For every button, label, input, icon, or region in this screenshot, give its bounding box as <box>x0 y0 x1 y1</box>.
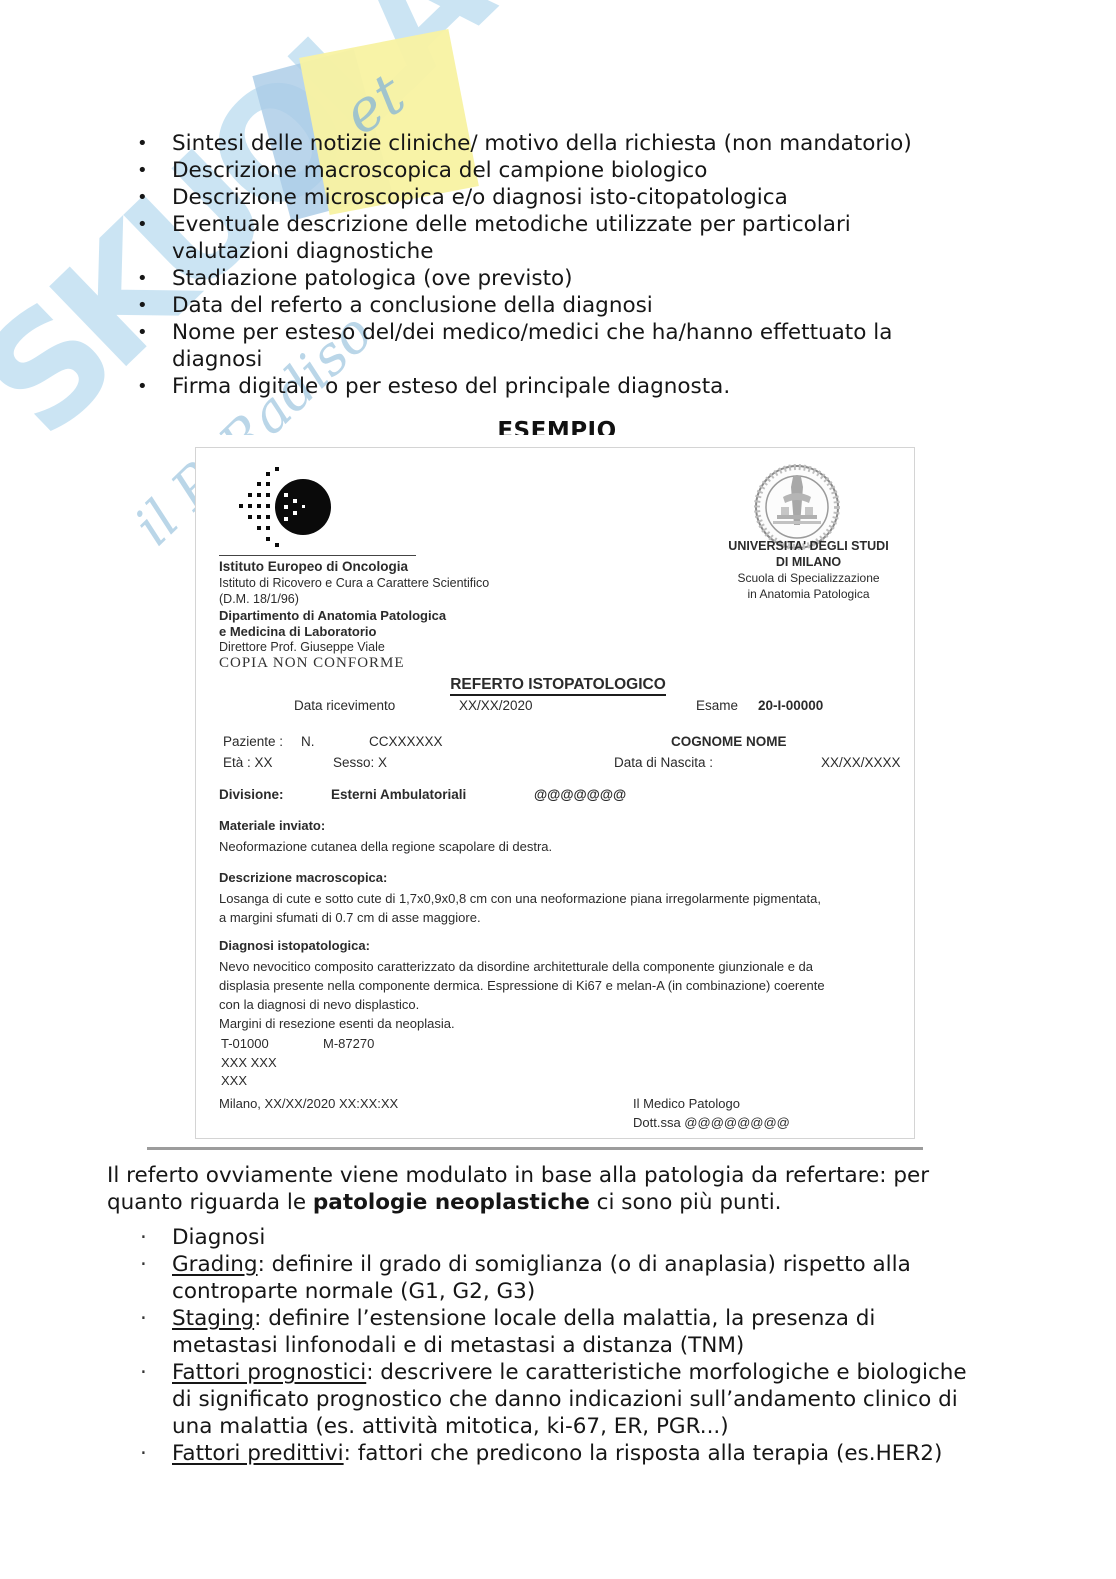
received-value: XX/XX/2020 <box>459 698 533 713</box>
item-text: Stadiazione patologica (ove previsto) <box>172 265 1037 292</box>
text-line: a margini sfumati di 0.7 cm di asse magg… <box>219 908 821 927</box>
bullet-list-item: •Data del referto a conclusione della di… <box>137 292 1037 319</box>
patient-age: Età : XX <box>223 755 273 770</box>
section-label: Descrizione macroscopica: <box>219 870 387 885</box>
bullet-list-item: •Stadiazione patologica (ove previsto) <box>137 265 1037 292</box>
item-line: di significato prognostico che danno ind… <box>172 1386 1047 1413</box>
patient-name: COGNOME NOME <box>671 734 787 749</box>
section-label: Materiale inviato: <box>219 818 325 833</box>
text-line: con la diagnosi di nevo displastico. <box>219 995 825 1014</box>
code-x2: XXX <box>221 1073 247 1088</box>
item-line: valutazioni diagnostiche <box>172 238 1037 265</box>
university-line3: Scuola di Specializzazione <box>716 570 901 586</box>
dotted-list-item: ·Staging: definire l’estensione locale d… <box>107 1305 1047 1359</box>
university-line1: UNIVERSITA' DEGLI STUDI <box>716 538 901 554</box>
item-line: Grading: definire il grado di somiglianz… <box>172 1251 1047 1278</box>
item-rest: : fattori che predicono la risposta alla… <box>344 1441 943 1466</box>
item-lead: Fattori predittivi <box>172 1441 344 1466</box>
director-line: Direttore Prof. Giuseppe Viale <box>219 640 385 654</box>
item-line: Fattori prognostici: descrivere le carat… <box>172 1359 1047 1386</box>
division-code: @@@@@@@ <box>534 787 626 802</box>
item-text: Firma digitale o per esteso del principa… <box>172 373 1037 400</box>
bullet-list-item: •Nome per esteso del/dei medico/medici c… <box>137 319 1037 373</box>
bullet-list-item: •Eventuale descrizione delle metodiche u… <box>137 211 1037 265</box>
item-rest: : definire l’estensione locale della mal… <box>254 1306 875 1331</box>
text-line: Margini di resezione esenti da neoplasia… <box>219 1014 825 1033</box>
image-bottom-divider <box>147 1147 923 1150</box>
item-rest: : descrivere le caratteristiche morfolog… <box>366 1360 966 1385</box>
dotted-list-item: ·Grading: definire il grado di somiglian… <box>107 1251 1047 1305</box>
dot-icon: · <box>140 1359 172 1440</box>
text-line: Nevo nevocitico composito caratterizzato… <box>219 957 825 976</box>
item-line: diagnosi <box>172 346 1037 373</box>
document-page: SKUOLA et il PaRadiso •Sintesi delle not… <box>0 0 1116 1579</box>
exam-label: Esame <box>696 698 738 713</box>
histopathology-report-image: Istituto Europeo di Oncologia Istituto d… <box>195 447 915 1139</box>
section-body: Nevo nevocitico composito caratterizzato… <box>219 957 825 1033</box>
report-title: REFERTO ISTOPATOLOGICO <box>450 676 666 696</box>
bullet-list-item: •Firma digitale o per esteso del princip… <box>137 373 1037 400</box>
bullet-icon: • <box>137 130 172 157</box>
division-value: Esterni Ambulatoriali <box>331 787 466 802</box>
item-line: Sintesi delle notizie cliniche/ motivo d… <box>172 130 1037 157</box>
item-line: Staging: definire l’estensione locale de… <box>172 1305 1047 1332</box>
item-lead: Diagnosi <box>172 1225 265 1250</box>
patient-label: Paziente : <box>223 734 283 749</box>
dot-icon: · <box>140 1251 172 1305</box>
dotted-list-item: ·Fattori predittivi: fattori che predico… <box>107 1440 1047 1467</box>
birth-value: XX/XX/XXXX <box>821 755 901 770</box>
closing-paragraph-line: quanto riguarda le patologie neoplastich… <box>107 1189 1047 1216</box>
text-line: displasia presente nella componente derm… <box>219 976 825 995</box>
code-m: M-87270 <box>323 1036 374 1051</box>
item-line: Stadiazione patologica (ove previsto) <box>172 265 1037 292</box>
section-label: Diagnosi istopatologica: <box>219 938 370 953</box>
item-text: Staging: definire l’estensione locale de… <box>172 1305 1047 1359</box>
dotted-list-item: ·Diagnosi <box>107 1224 1047 1251</box>
dotted-list-item: ·Fattori prognostici: descrivere le cara… <box>107 1359 1047 1440</box>
received-label: Data ricevimento <box>294 698 395 713</box>
text-segment: quanto riguarda le <box>107 1190 313 1215</box>
bullet-icon: • <box>137 265 172 292</box>
bullet-icon: • <box>137 157 172 184</box>
item-text: Nome per esteso del/dei medico/medici ch… <box>172 319 1037 373</box>
item-line: Firma digitale o per esteso del principa… <box>172 373 1037 400</box>
item-lead: Fattori prognostici <box>172 1360 366 1385</box>
division-label: Divisione: <box>219 787 284 802</box>
item-text: Eventuale descrizione delle metodiche ut… <box>172 211 1037 265</box>
item-text: Diagnosi <box>172 1224 1047 1251</box>
item-rest: : definire il grado di somiglianza (o di… <box>258 1252 911 1277</box>
item-line: Descrizione macroscopica del campione bi… <box>172 157 1037 184</box>
copy-notice: COPIA NON CONFORME <box>219 655 405 672</box>
dot-icon: · <box>140 1224 172 1251</box>
patient-code: CCXXXXXX <box>369 734 443 749</box>
item-lead: Staging <box>172 1306 254 1331</box>
signer-role: Il Medico Patologo <box>633 1096 740 1111</box>
ieo-logo-icon <box>237 467 339 551</box>
section-body: Losanga di cute e sotto cute di 1,7x0,9x… <box>219 889 821 927</box>
bullet-icon: • <box>137 184 172 211</box>
bullet-icon: • <box>137 373 172 400</box>
closing-item-list: ·Diagnosi·Grading: definire il grado di … <box>107 1224 1047 1467</box>
institute-line2: Istituto di Ricovero e Cura a Carattere … <box>219 576 489 590</box>
bullet-list-item: •Descrizione microscopica e/o diagnosi i… <box>137 184 1037 211</box>
section-body: Neoformazione cutanea della regione scap… <box>219 837 552 856</box>
item-line: Diagnosi <box>172 1224 1047 1251</box>
item-line: Eventuale descrizione delle metodiche ut… <box>172 211 1037 238</box>
university-line2: DI MILANO <box>716 554 901 570</box>
closing-section: Il referto ovviamente viene modulato in … <box>107 1162 1047 1467</box>
item-text: Fattori prognostici: descrivere le carat… <box>172 1359 1047 1440</box>
header-rule <box>219 555 416 556</box>
institute-name: Istituto Europeo di Oncologia <box>219 559 408 574</box>
patient-sex: Sesso: X <box>333 755 387 770</box>
place-date: Milano, XX/XX/2020 XX:XX:XX <box>219 1096 398 1111</box>
bullet-list-item: •Sintesi delle notizie cliniche/ motivo … <box>137 130 1037 157</box>
item-line: una malattia (es. attività mitotica, ki-… <box>172 1413 1047 1440</box>
item-line: Descrizione microscopica e/o diagnosi is… <box>172 184 1037 211</box>
bullet-icon: • <box>137 211 172 265</box>
patient-n-label: N. <box>301 734 315 749</box>
code-t: T-01000 <box>221 1036 269 1051</box>
institute-line3: (D.M. 18/1/96) <box>219 592 299 606</box>
intro-bullet-list: •Sintesi delle notizie cliniche/ motivo … <box>137 130 1037 400</box>
text-line: Losanga di cute e sotto cute di 1,7x0,9x… <box>219 889 821 908</box>
text-line: Neoformazione cutanea della regione scap… <box>219 837 552 856</box>
dot-icon: · <box>140 1440 172 1467</box>
code-x1: XXX XXX <box>221 1055 277 1070</box>
birth-label: Data di Nascita : <box>614 755 713 770</box>
item-text: Data del referto a conclusione della dia… <box>172 292 1037 319</box>
exam-value: 20-I-00000 <box>758 698 823 713</box>
item-text: Descrizione microscopica e/o diagnosi is… <box>172 184 1037 211</box>
item-line: controparte normale (G1, G2, G3) <box>172 1278 1047 1305</box>
item-text: Fattori predittivi: fattori che predicon… <box>172 1440 1047 1467</box>
dot-icon: · <box>140 1305 172 1359</box>
signer-name: Dott.ssa @@@@@@@@ <box>633 1115 790 1130</box>
closing-paragraph-line: Il referto ovviamente viene modulato in … <box>107 1162 1047 1189</box>
text-segment: patologie neoplastiche <box>313 1190 590 1215</box>
department-line1: Dipartimento di Anatomia Patologica <box>219 608 446 623</box>
item-line: metastasi linfonodali e di metastasi a d… <box>172 1332 1047 1359</box>
item-text: Descrizione macroscopica del campione bi… <box>172 157 1037 184</box>
bullet-icon: • <box>137 292 172 319</box>
item-line: Fattori predittivi: fattori che predicon… <box>172 1440 1047 1467</box>
text-segment: ci sono più punti. <box>590 1190 782 1215</box>
department-line2: e Medicina di Laboratorio <box>219 624 376 639</box>
item-text: Sintesi delle notizie cliniche/ motivo d… <box>172 130 1037 157</box>
item-lead: Grading <box>172 1252 258 1277</box>
item-line: Data del referto a conclusione della dia… <box>172 292 1037 319</box>
bullet-list-item: •Descrizione macroscopica del campione b… <box>137 157 1037 184</box>
item-line: Nome per esteso del/dei medico/medici ch… <box>172 319 1037 346</box>
university-line4: in Anatomia Patologica <box>716 586 901 602</box>
bullet-icon: • <box>137 319 172 373</box>
item-text: Grading: definire il grado di somiglianz… <box>172 1251 1047 1305</box>
